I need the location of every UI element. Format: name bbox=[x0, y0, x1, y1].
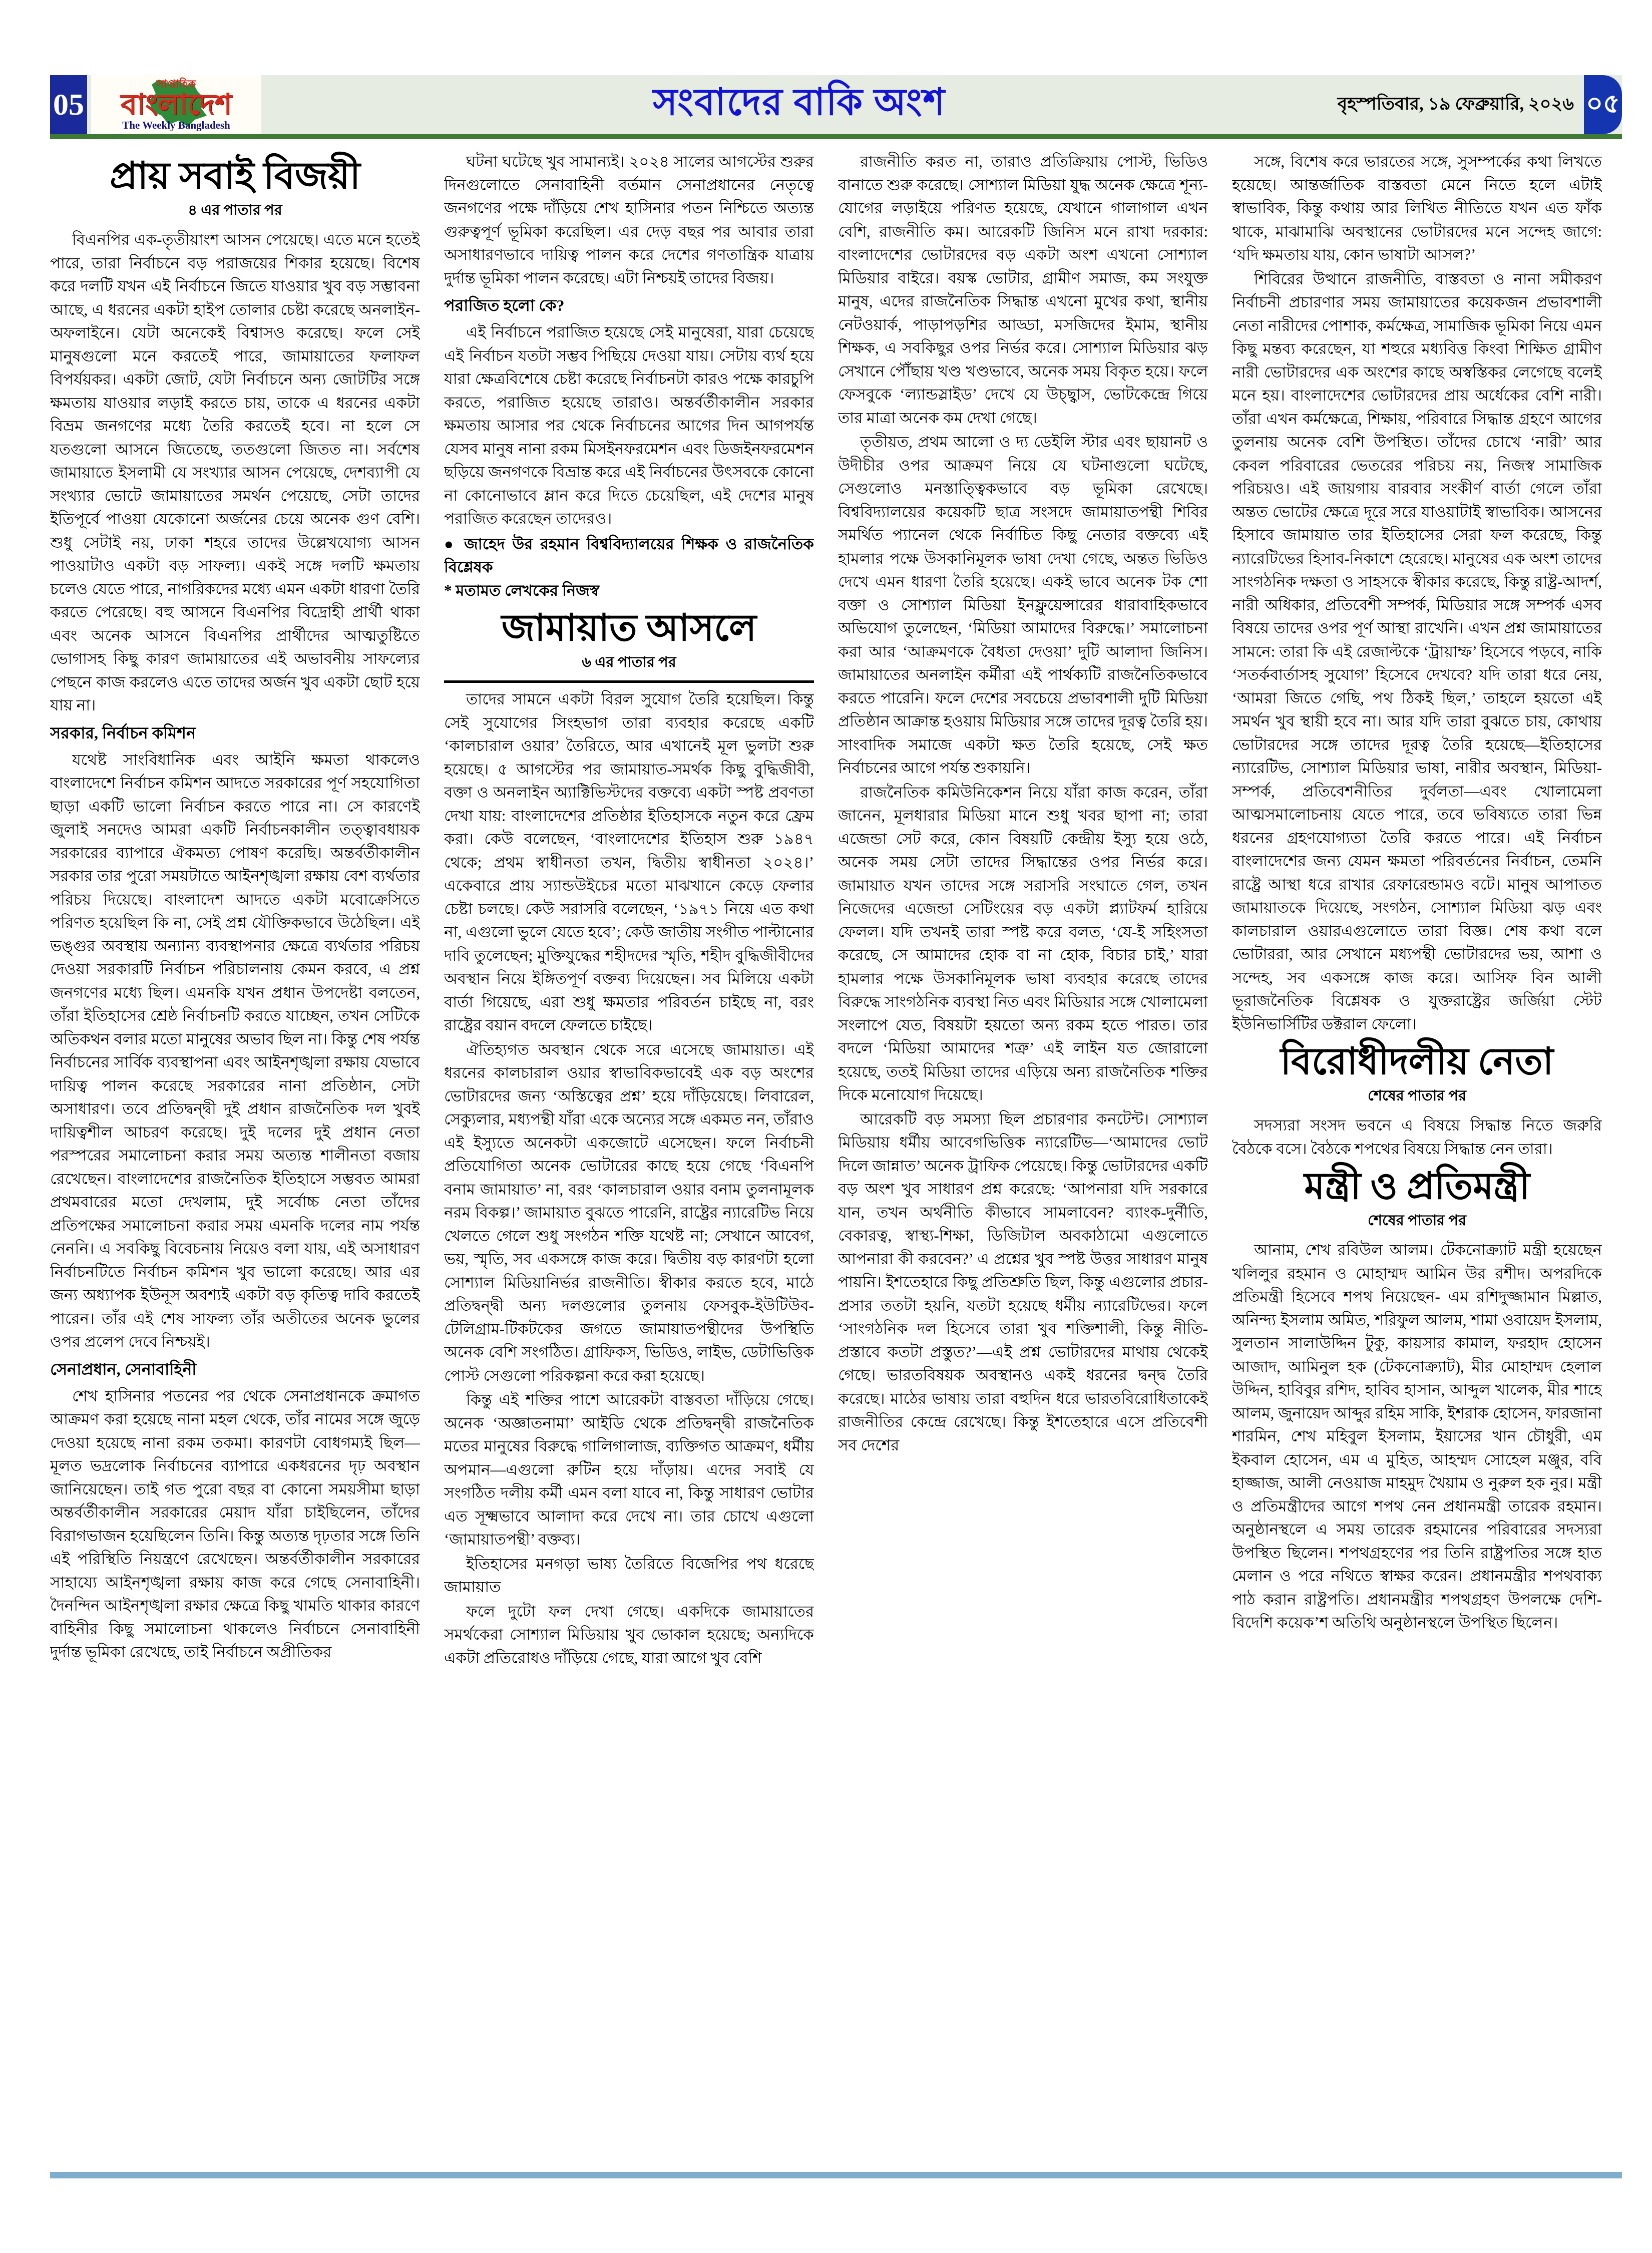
footer-bar bbox=[50, 2172, 1622, 2178]
article-paragraph: তাদের সামনে একটা বিরল সুযোগ তৈরি হয়েছিল… bbox=[444, 688, 814, 1037]
article-columns: প্রায় সবাই বিজয়ী৪ এর পাতার পরবিএনপির এ… bbox=[50, 150, 1602, 2168]
article-column: রাজনীতি করত না, তারাও প্রতিক্রিয়ায় পোস… bbox=[838, 150, 1208, 2168]
masthead-subtitle: The Weekly Bangladesh bbox=[122, 120, 230, 131]
article-paragraph: ইতিহাসের মনগড়া ভাষ্য তৈরিতে বিজেপির পথ … bbox=[444, 1553, 814, 1599]
article-paragraph: কিন্তু এই শক্তির পাশে আরেকটা বাস্তবতা দা… bbox=[444, 1388, 814, 1552]
article-paragraph: যথেষ্ট সাংবিধানিক এবং আইনি ক্ষমতা থাকলেও… bbox=[50, 748, 420, 1354]
article-column: প্রায় সবাই বিজয়ী৪ এর পাতার পরবিএনপির এ… bbox=[50, 150, 420, 2168]
page-number-badge-left: 05 bbox=[50, 75, 87, 134]
article-paragraph: রাজনৈতিক কমিউনিকেশন নিয়ে যাঁরা কাজ করেন… bbox=[838, 781, 1208, 1107]
article-paragraph: শেখ হাসিনার পতনের পর থেকে সেনাপ্রধানকে ক… bbox=[50, 1385, 420, 1664]
author-attribution: ● জাহেদ উর রহমান বিশ্ববিদ্যালয়ের শিক্ষক… bbox=[444, 533, 814, 579]
page-header: 05 সাপ্তাহিক বাংলাদেশ The Weekly Banglad… bbox=[50, 75, 1622, 134]
section-title: সংবাদের বাকি অংশ bbox=[261, 75, 1338, 134]
article-paragraph: বিএনপির এক-তৃতীয়াংশ আসন পেয়েছে। এতে মন… bbox=[50, 228, 420, 717]
continuation-note: ৬ এর পাতার পর bbox=[444, 651, 814, 675]
article-column: ঘটনা ঘটেছে খুব সামান্যই। ২০২৪ সালের আগস্… bbox=[444, 150, 814, 2168]
section-subheading: সেনাপ্রধান, সেনাবাহিনী bbox=[50, 1357, 420, 1384]
headline-rule bbox=[444, 680, 814, 683]
article-paragraph: সদস্যরা সংসদ ভবনে এ বিষয়ে সিদ্ধান্ত নিত… bbox=[1232, 1114, 1602, 1161]
page-number-badge-right: ০৫ bbox=[1584, 75, 1622, 134]
article-headline: মন্ত্রী ও প্রতিমন্ত্রী bbox=[1232, 1166, 1602, 1208]
masthead-title: বাংলাদেশ bbox=[121, 90, 232, 120]
header-divider bbox=[50, 134, 1622, 139]
article-paragraph: তৃতীয়ত, প্রথম আলো ও দ্য ডেইলি স্টার এবং… bbox=[838, 431, 1208, 780]
article-paragraph: ঐতিহ্যগত অবস্থান থেকে সরে এসেছে জামায়াত… bbox=[444, 1038, 814, 1388]
article-headline: জামায়াত আসলে bbox=[444, 607, 814, 650]
continuation-note: শেষের পাতার পর bbox=[1232, 1209, 1602, 1234]
continuation-note: শেষের পাতার পর bbox=[1232, 1084, 1602, 1109]
article-column: সঙ্গে, বিশেষ করে ভারতের সঙ্গে, সুসম্পর্ক… bbox=[1232, 150, 1602, 2168]
masthead-logo: সাপ্তাহিক বাংলাদেশ The Weekly Bangladesh bbox=[91, 75, 261, 134]
article-headline: বিরোধীদলীয় নেতা bbox=[1232, 1041, 1602, 1083]
article-paragraph: আরেকটি বড় সমস্যা ছিল প্রচারণার কনটেন্ট।… bbox=[838, 1108, 1208, 1457]
article-paragraph: ফলে দুটো ফল দেখা গেছে। একদিকে জামায়াতের… bbox=[444, 1600, 814, 1670]
article-paragraph: এই নির্বাচনে পরাজিত হয়েছে সেই মানুষেরা,… bbox=[444, 321, 814, 531]
article-headline: প্রায় সবাই বিজয়ী bbox=[50, 155, 420, 198]
article-paragraph: শিবিরের উত্থানে রাজনীতি, বাস্তবতা ও নানা… bbox=[1232, 268, 1602, 1036]
article-paragraph: ঘটনা ঘটেছে খুব সামান্যই। ২০২৪ সালের আগস্… bbox=[444, 150, 814, 290]
section-subheading: পরাজিত হলো কে? bbox=[444, 293, 814, 320]
article-paragraph: সঙ্গে, বিশেষ করে ভারতের সঙ্গে, সুসম্পর্ক… bbox=[1232, 150, 1602, 267]
article-paragraph: আনাম, শেখ রবিউল আলম। টেকনোক্র্যাট মন্ত্র… bbox=[1232, 1239, 1602, 1635]
article-paragraph: রাজনীতি করত না, তারাও প্রতিক্রিয়ায় পোস… bbox=[838, 150, 1208, 430]
opinion-note: * মতামত লেখকের নিজস্ব bbox=[444, 579, 814, 603]
section-subheading: সরকার, নির্বাচন কমিশন bbox=[50, 720, 420, 747]
issue-date: বৃহস্পতিবার, ১৯ ফেব্রুয়ারি, ২০২৬ bbox=[1338, 75, 1574, 134]
continuation-note: ৪ এর পাতার পর bbox=[50, 199, 420, 223]
